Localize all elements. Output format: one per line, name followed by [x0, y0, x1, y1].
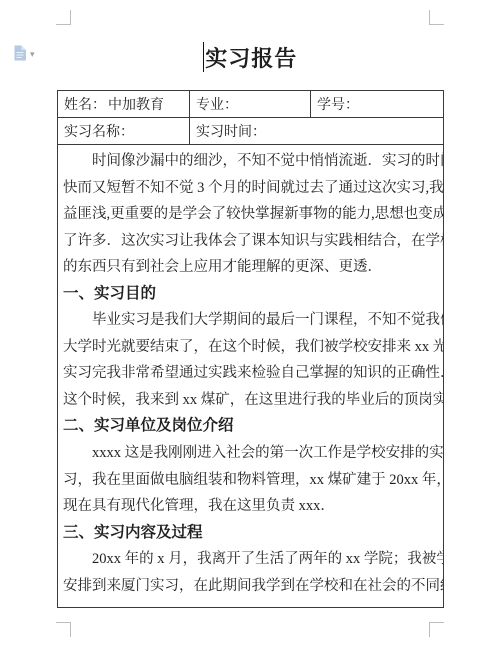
- report-line[interactable]: 的东西只有到社会上应用才能理解的更深、更透．: [63, 254, 438, 281]
- student-id-cell[interactable]: 学号：: [311, 91, 444, 118]
- report-paragraph[interactable]: xxxx 这是我刚刚进入社会的第一次工作是学校安排的实习，我在里面做电脑组装和物…: [63, 440, 438, 520]
- report-body-cell[interactable]: 时间像沙漏中的细沙，不知不觉中悄悄流逝．实习的时间飞快而又短暂不知不觉 3 个月…: [58, 145, 444, 608]
- report-line[interactable]: 了许多．这次实习让我体会了课本知识与实践相结合，在学校学: [63, 228, 438, 255]
- name-cell[interactable]: 姓名：中加教育: [58, 91, 190, 118]
- report-heading[interactable]: 三、实习内容及过程: [63, 520, 438, 547]
- page-title[interactable]: 实习报告: [205, 46, 297, 71]
- report-line[interactable]: 习，我在里面做电脑组装和物料管理，xx 煤矿建于 20xx 年，: [63, 467, 438, 494]
- report-line[interactable]: 二、实习单位及岗位介绍: [63, 413, 438, 440]
- info-table: 姓名：中加教育 专业： 学号： 实习名称： 实习时间： 时间像沙漏中的细沙，不知…: [57, 90, 444, 608]
- report-line[interactable]: 现在具有现代化管理，我在这里负责 xxx．: [63, 493, 438, 520]
- report-line[interactable]: 快而又短暂不知不觉 3 个月的时间就过去了通过这次实习,我受: [63, 175, 438, 202]
- report-heading[interactable]: 一、实习目的: [63, 281, 438, 308]
- title-row[interactable]: 实习报告: [0, 42, 500, 73]
- report-paragraph[interactable]: 20xx 年的 x 月，我离开了生活了两年的 xx 学院；我被学校安排到来厦门实…: [63, 546, 438, 599]
- margin-mark-bottom-right-icon: [429, 622, 444, 637]
- document-page[interactable]: ▾ 实习报告 姓名：中加教育 专业： 学号： 实习名称： 实习时间： 时间像沙漏…: [0, 0, 500, 667]
- internship-name-label: 实习名称：: [64, 125, 134, 140]
- internship-name-cell[interactable]: 实习名称：: [58, 118, 190, 145]
- table-row: 姓名：中加教育 专业： 学号：: [58, 91, 444, 118]
- name-label: 姓名：: [64, 98, 106, 113]
- student-id-label: 学号：: [317, 98, 359, 113]
- report-body: 时间像沙漏中的细沙，不知不觉中悄悄流逝．实习的时间飞快而又短暂不知不觉 3 个月…: [63, 148, 438, 599]
- report-line[interactable]: 时间像沙漏中的细沙，不知不觉中悄悄流逝．实习的时间飞: [63, 148, 438, 175]
- internship-time-cell[interactable]: 实习时间：: [190, 118, 444, 145]
- table-row: 实习名称： 实习时间：: [58, 118, 444, 145]
- major-label: 专业：: [196, 98, 238, 113]
- report-line[interactable]: 安排到来厦门实习，在此期间我学到在学校和在社会的不同经: [63, 573, 438, 600]
- table-row: 时间像沙漏中的细沙，不知不觉中悄悄流逝．实习的时间飞快而又短暂不知不觉 3 个月…: [58, 145, 444, 608]
- text-cursor: [203, 42, 205, 72]
- report-line[interactable]: 实习完我非常希望通过实践来检验自己掌握的知识的正确性．在: [63, 360, 438, 387]
- margin-mark-top-left-icon: [56, 10, 71, 25]
- report-line[interactable]: 益匪浅,更重要的是学会了较快掌握新事物的能力,思想也变成熟: [63, 201, 438, 228]
- report-line[interactable]: 大学时光就要结束了，在这个时候，我们被学校安排来 xx 光电，: [63, 334, 438, 361]
- report-line[interactable]: 这个时候，我来到 xx 煤矿，在这里进行我的毕业后的顶岗实习．: [63, 387, 438, 414]
- major-cell[interactable]: 专业：: [190, 91, 311, 118]
- report-line[interactable]: xxxx 这是我刚刚进入社会的第一次工作是学校安排的实: [63, 440, 438, 467]
- margin-mark-bottom-left-icon: [56, 622, 71, 637]
- report-line[interactable]: 毕业实习是我们大学期间的最后一门课程，不知不觉我们的: [63, 307, 438, 334]
- report-line[interactable]: 20xx 年的 x 月，我离开了生活了两年的 xx 学院；我被学校: [63, 546, 438, 573]
- report-paragraph[interactable]: 毕业实习是我们大学期间的最后一门课程，不知不觉我们的大学时光就要结束了，在这个时…: [63, 307, 438, 413]
- report-line[interactable]: 一、实习目的: [63, 281, 438, 308]
- margin-mark-top-right-icon: [429, 10, 444, 25]
- report-heading[interactable]: 二、实习单位及岗位介绍: [63, 413, 438, 440]
- report-paragraph[interactable]: 时间像沙漏中的细沙，不知不觉中悄悄流逝．实习的时间飞快而又短暂不知不觉 3 个月…: [63, 148, 438, 281]
- internship-time-label: 实习时间：: [196, 125, 266, 140]
- name-value: 中加教育: [108, 98, 164, 113]
- report-line[interactable]: 三、实习内容及过程: [63, 520, 438, 547]
